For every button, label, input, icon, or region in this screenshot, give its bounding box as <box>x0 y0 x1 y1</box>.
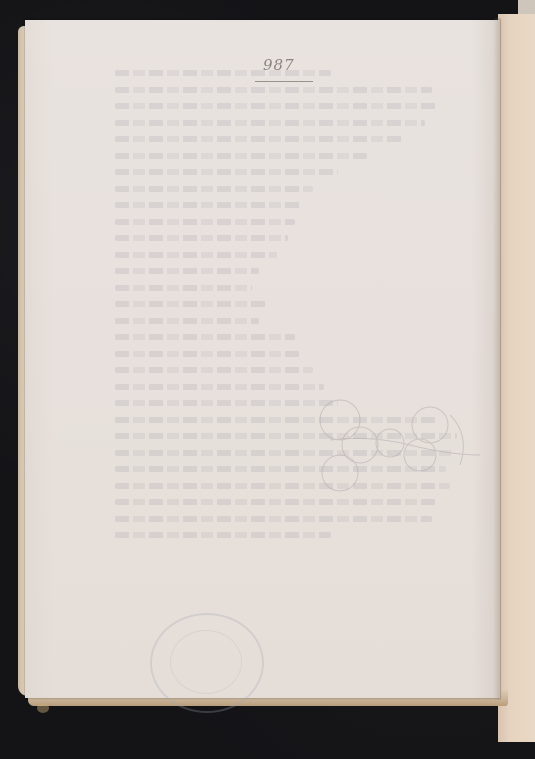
paper-stain <box>37 703 49 713</box>
bleed-line <box>115 532 331 538</box>
bleed-line <box>115 384 324 390</box>
bleed-line <box>115 516 432 522</box>
library-stamp-inner-ring <box>170 630 242 694</box>
bleed-line <box>115 400 338 406</box>
bleed-line <box>115 87 432 93</box>
bleed-line <box>115 318 259 324</box>
bleed-line <box>115 186 313 192</box>
gutter-shadow <box>493 18 501 700</box>
bleed-line <box>115 499 439 505</box>
bleed-through-diagram <box>310 395 490 495</box>
bleed-line <box>115 103 439 109</box>
bleed-line <box>115 268 259 274</box>
bleed-line <box>115 169 338 175</box>
bleed-line <box>115 219 295 225</box>
bleed-line <box>115 136 403 142</box>
bleed-line <box>115 252 277 258</box>
bleed-line <box>115 334 295 340</box>
bleed-line <box>115 120 425 126</box>
folio-number: 987 <box>263 56 295 74</box>
bleed-line <box>115 301 266 307</box>
bleed-line <box>115 202 302 208</box>
folio-underline <box>255 81 313 82</box>
bleed-line <box>115 351 302 357</box>
bleed-line <box>115 285 252 291</box>
bleed-line <box>115 235 288 241</box>
facing-page <box>498 14 535 742</box>
bleed-line <box>115 367 313 373</box>
bleed-line <box>115 153 367 159</box>
bleed-line <box>115 70 331 76</box>
